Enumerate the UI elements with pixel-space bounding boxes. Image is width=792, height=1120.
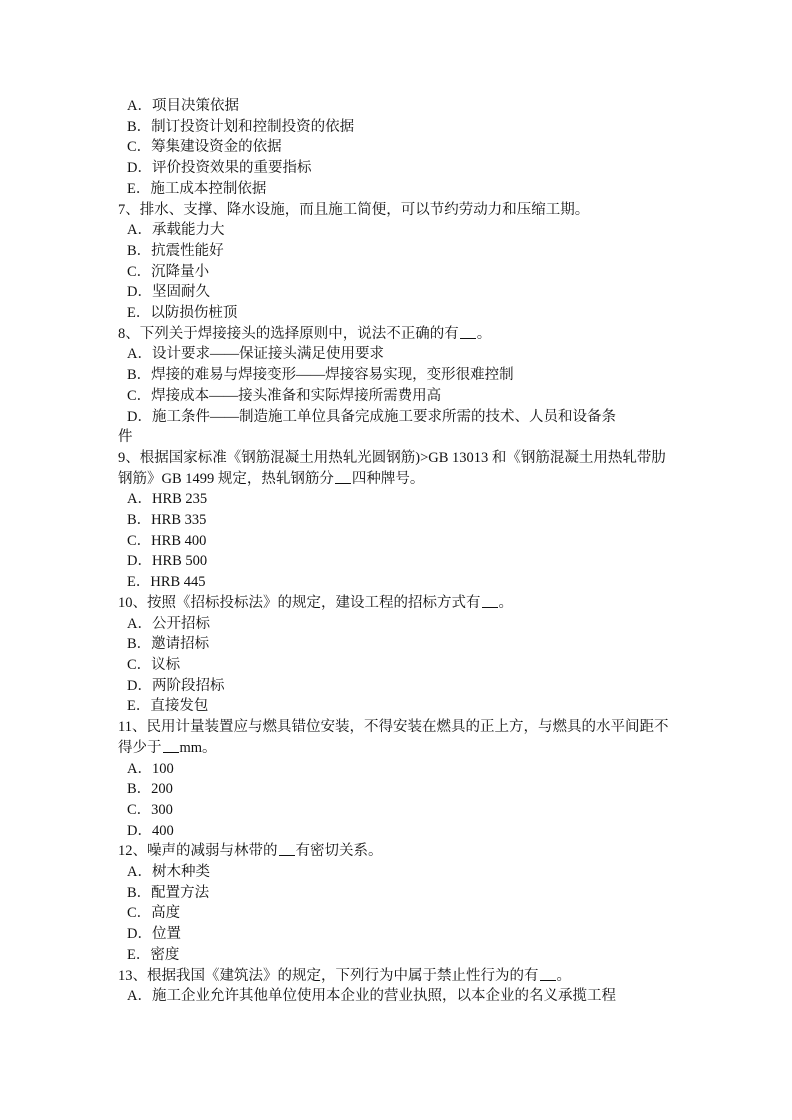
option: C．HRB 400 xyxy=(118,531,678,552)
option: C．高度 xyxy=(118,903,678,924)
option: C．300 xyxy=(118,800,678,821)
option: D．评价投资效果的重要指标 xyxy=(118,158,678,179)
question-text: 10、按照《招标投标法》的规定，建设工程的招标方式有 xyxy=(118,595,481,611)
question-text: 四种牌号。 xyxy=(352,471,425,487)
question-text: 8、下列关于焊接接头的选择原则中，说法不正确的有 xyxy=(118,326,459,342)
question-text: 13、根据我国《建筑法》的规定，下列行为中属于禁止性行为的有 xyxy=(118,968,539,984)
option: D．坚固耐久 xyxy=(118,282,678,303)
option: B．抗震性能好 xyxy=(118,241,678,262)
option: C．筹集建设资金的依据 xyxy=(118,137,678,158)
option: A．树木种类 xyxy=(118,862,678,883)
question-13: 13、根据我国《建筑法》的规定，下列行为中属于禁止性行为的有。 xyxy=(118,966,678,987)
option: D．400 xyxy=(118,821,678,842)
question-text: mm。 xyxy=(180,740,217,756)
question-text: 7、排水、支撑、降水设施，而且施工简便，可以节约劳动力和压缩工期。 xyxy=(118,202,589,218)
answer-blank xyxy=(279,841,295,856)
option: E．施工成本控制依据 xyxy=(118,179,678,200)
question-8: 8、下列关于焊接接头的选择原则中，说法不正确的有。 xyxy=(118,324,678,345)
option: E．直接发包 xyxy=(118,696,678,717)
question-10: 10、按照《招标投标法》的规定，建设工程的招标方式有。 xyxy=(118,593,678,614)
answer-blank xyxy=(482,593,498,608)
option-wrap: 件 xyxy=(118,427,678,448)
option: D．位置 xyxy=(118,924,678,945)
question-text: 。 xyxy=(477,326,492,342)
option: C．沉降量小 xyxy=(118,262,678,283)
option: B．邀请招标 xyxy=(118,634,678,655)
option: B．制订投资计划和控制投资的依据 xyxy=(118,117,678,138)
option: D．两阶段招标 xyxy=(118,676,678,697)
answer-blank xyxy=(163,738,179,753)
option: A．公开招标 xyxy=(118,614,678,635)
question-text: 。 xyxy=(499,595,514,611)
option: E．密度 xyxy=(118,945,678,966)
option: A．100 xyxy=(118,759,678,780)
question-text: 有密切关系。 xyxy=(296,843,383,859)
question-7: 7、排水、支撑、降水设施，而且施工简便，可以节约劳动力和压缩工期。 xyxy=(118,200,678,221)
option: B．配置方法 xyxy=(118,883,678,904)
option: D．施工条件——制造施工单位具备完成施工要求所需的技术、人员和设备条 xyxy=(118,407,678,428)
option: A．承载能力大 xyxy=(118,220,678,241)
option: C．议标 xyxy=(118,655,678,676)
option: E．以防损伤桩顶 xyxy=(118,303,678,324)
option: E．HRB 445 xyxy=(118,572,678,593)
answer-blank xyxy=(335,469,351,484)
option: A．设计要求——保证接头满足使用要求 xyxy=(118,344,678,365)
question-11: 11、民用计量装置应与燃具错位安装，不得安装在燃具的正上方，与燃具的水平间距不得… xyxy=(118,717,678,758)
option: B．HRB 335 xyxy=(118,510,678,531)
option: B．焊接的难易与焊接变形——焊接容易实现，变形很难控制 xyxy=(118,365,678,386)
option: A．施工企业允许其他单位使用本企业的营业执照，以本企业的名义承揽工程 xyxy=(118,986,678,1007)
question-text: 12、噪声的减弱与林带的 xyxy=(118,843,278,859)
question-12: 12、噪声的减弱与林带的有密切关系。 xyxy=(118,841,678,862)
answer-blank xyxy=(540,966,556,981)
document-page: A．项目决策依据 B．制订投资计划和控制投资的依据 C．筹集建设资金的依据 D．… xyxy=(118,96,678,1007)
option: A．项目决策依据 xyxy=(118,96,678,117)
option: B．200 xyxy=(118,779,678,800)
question-9: 9、根据国家标准《钢筋混凝土用热轧光圆钢筋)>GB 13013 和《钢筋混凝土用… xyxy=(118,448,678,489)
answer-blank xyxy=(460,324,476,339)
option: A．HRB 235 xyxy=(118,489,678,510)
question-text: 。 xyxy=(557,968,572,984)
option: D．HRB 500 xyxy=(118,551,678,572)
option: C．焊接成本——接头准备和实际焊接所需费用高 xyxy=(118,386,678,407)
